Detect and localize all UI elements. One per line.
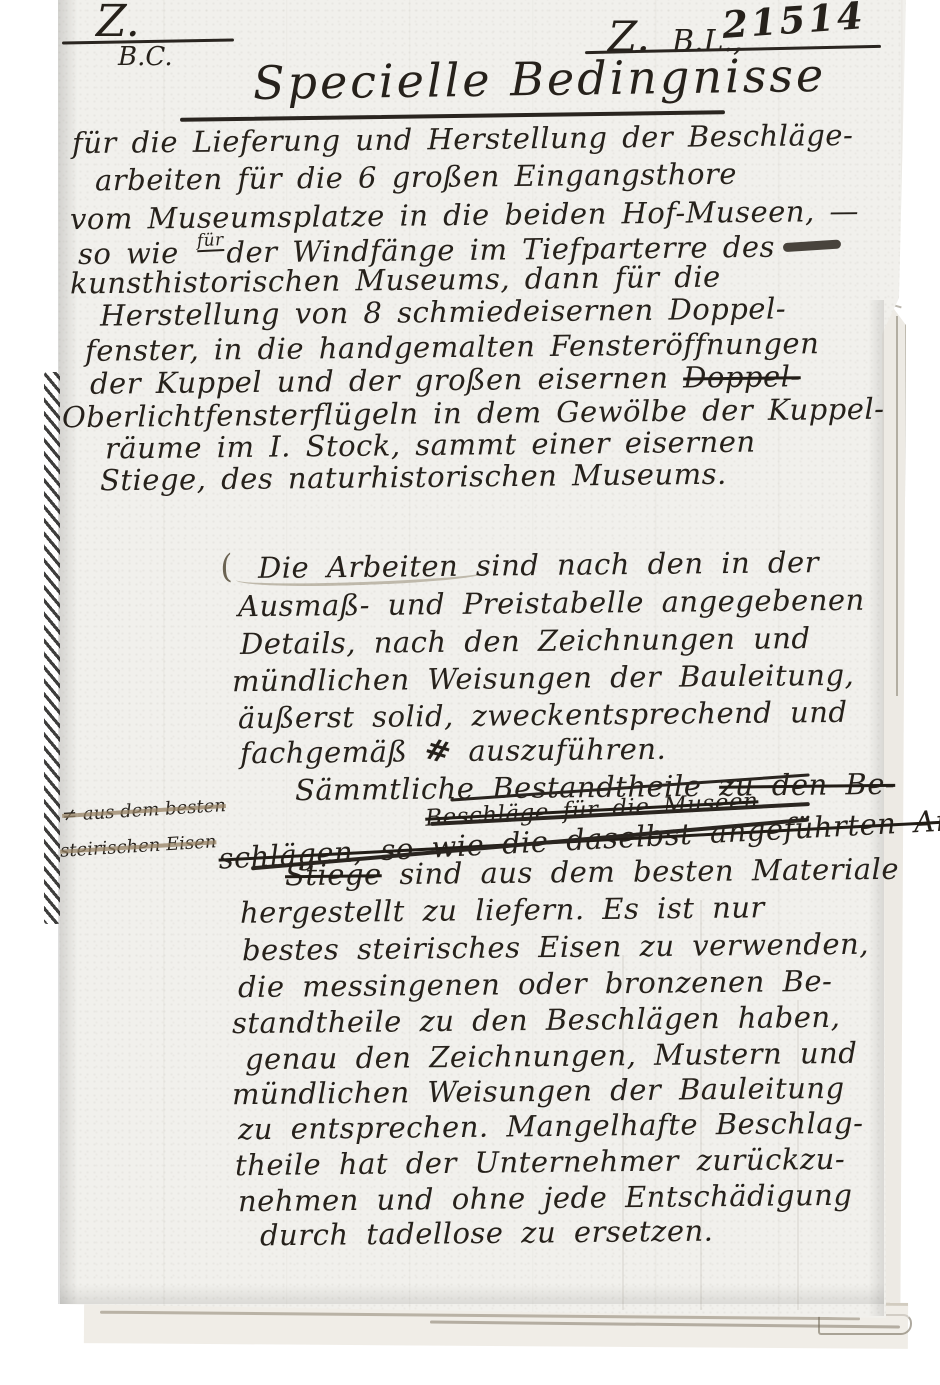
manuscript-line: Die Arbeiten sind nach den in der [258, 545, 819, 585]
text-segment: fachgemäß [240, 734, 425, 770]
manuscript-line: genau den Zeichnungen, Mustern und [245, 1036, 858, 1076]
manuscript-line: äußerst solid, zweckentsprechend und [238, 695, 848, 735]
manuscript-line: Stiege, des naturhistorischen Museums. [100, 457, 727, 498]
manuscript-line: Stiege sind aus dem besten Materiale [285, 852, 899, 892]
manuscript-line: fachgemäß # auszuführen. [240, 732, 667, 771]
manuscript-line: hergestellt zu liefern. Es ist nur [240, 890, 765, 929]
registry-code-left: B.C. [118, 42, 173, 72]
manuscript-line: theile hat der Unternehmer zurückzu- [235, 1142, 846, 1182]
text-segment: sind aus dem besten Materiale [382, 852, 900, 891]
manuscript-line: arbeiten für die 6 großen Eingangsthore [95, 157, 737, 198]
manuscript-line: bestes steirisches Eisen zu verwenden, [242, 927, 869, 968]
manuscript-line: zu entsprechen. Mangelhafte Beschlag- [238, 1106, 864, 1147]
text-segment: auszuführen. [451, 732, 667, 768]
manuscript-line: mündlichen Weisungen der Bauleitung, [232, 658, 855, 699]
manuscript-line: Herstellung von 8 schmiedeisernen Doppel… [100, 291, 786, 332]
struck-text: Stiege [285, 857, 382, 892]
manuscript-line: Details, nach den Zeichnungen und [240, 621, 811, 661]
manuscript-line: nehmen und ohne jede Entschädigung [238, 1178, 853, 1218]
inserted-word: für [196, 232, 224, 252]
page-fold-line [896, 316, 898, 696]
manuscript-line: mündlichen Weisungen der Bauleitung [232, 1071, 845, 1111]
manuscript-line: Ausmaß- und Preistabelle angegebenen [238, 583, 865, 624]
document-title: Specielle Bedingnisse [253, 48, 827, 110]
scanned-manuscript-page: Z. B.C. Z. B.L., 21514 Specielle Bedingn… [0, 0, 940, 1385]
ink-blot [783, 239, 841, 252]
struck-text: Doppel- [683, 359, 801, 394]
binding-cord [44, 372, 60, 924]
manuscript-line: durch tadellose zu ersetzen. [260, 1214, 714, 1253]
manuscript-line: die messingenen oder bronzenen Be- [238, 964, 833, 1004]
manuscript-line: standtheile zu den Beschlägen haben, [232, 1000, 841, 1040]
insertion-mark: ≠ [62, 804, 78, 826]
